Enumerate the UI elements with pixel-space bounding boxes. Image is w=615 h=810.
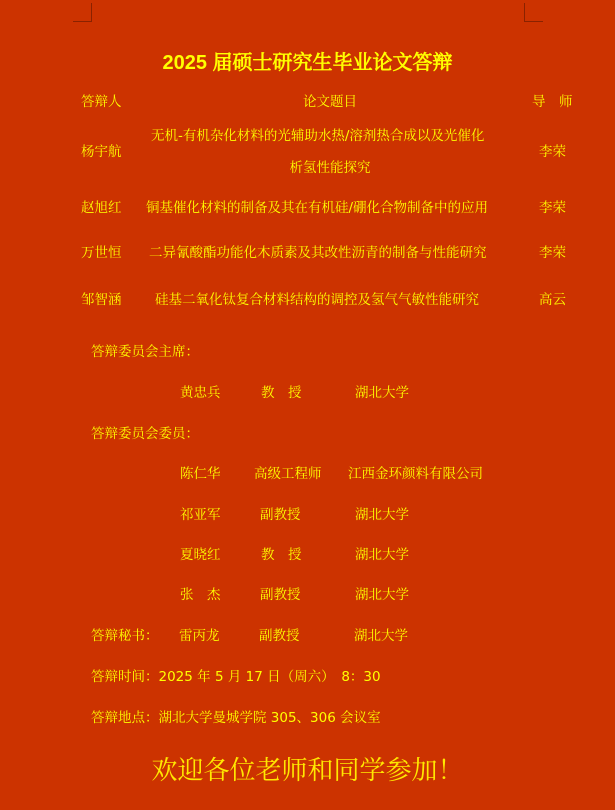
member-title: 副教授 bbox=[260, 587, 301, 603]
member-org: 湖北大学 bbox=[354, 628, 408, 644]
member-org: 湖北大学 bbox=[355, 587, 409, 603]
time-label: 答辩时间： bbox=[91, 669, 159, 685]
student-name: 邹智涵 bbox=[81, 292, 122, 308]
advisor-name: 李荣 bbox=[539, 200, 566, 216]
place-value: 湖北大学曼城学院 305、306 会议室 bbox=[159, 710, 381, 726]
page-title: 2025 届硕士研究生毕业论文答辩 bbox=[0, 46, 615, 75]
member-title: 高级工程师 bbox=[254, 466, 322, 482]
member-name: 张 杰 bbox=[180, 587, 221, 603]
member-org: 湖北大学 bbox=[355, 385, 409, 401]
thesis-title: 硅基二氧化钛复合材料结构的调控及氢气气敏性能研究 bbox=[155, 292, 479, 308]
header-advisor: 导 师 bbox=[532, 94, 573, 110]
member-title: 副教授 bbox=[259, 628, 300, 644]
member-title: 教 授 bbox=[261, 385, 302, 401]
student-name: 赵旭红 bbox=[81, 200, 122, 216]
page-corner-mark-left bbox=[73, 3, 92, 22]
member-title: 副教授 bbox=[260, 507, 301, 523]
header-thesis: 论文题目 bbox=[303, 94, 357, 110]
member-name: 夏晓红 bbox=[180, 547, 221, 563]
member-org: 湖北大学 bbox=[355, 507, 409, 523]
advisor-name: 高云 bbox=[539, 292, 566, 308]
member-name: 雷丙龙 bbox=[179, 628, 220, 644]
thesis-title: 铜基催化材料的制备及其在有机硅/硼化合物制备中的应用 bbox=[146, 200, 488, 216]
member-org: 江西金环颜料有限公司 bbox=[348, 466, 483, 482]
place-label: 答辩地点： bbox=[91, 710, 159, 726]
member-org: 湖北大学 bbox=[355, 547, 409, 563]
member-name: 黄忠兵 bbox=[180, 385, 221, 401]
defense-place: 答辩地点：湖北大学曼城学院 305、306 会议室 bbox=[91, 710, 381, 726]
page-corner-mark-right bbox=[524, 3, 543, 22]
time-value: 2025 年 5 月 17 日（周六） 8：30 bbox=[159, 669, 381, 685]
member-name: 陈仁华 bbox=[180, 466, 221, 482]
welcome-message: 欢迎各位老师和同学参加！ bbox=[0, 750, 615, 787]
defense-time: 答辩时间：2025 年 5 月 17 日（周六） 8：30 bbox=[91, 669, 381, 685]
student-name: 杨宇航 bbox=[81, 144, 122, 160]
header-student: 答辩人 bbox=[81, 94, 122, 110]
thesis-title-cont: 析氢性能探究 bbox=[275, 160, 385, 176]
member-title: 教 授 bbox=[261, 547, 302, 563]
member-name: 祁亚军 bbox=[180, 507, 221, 523]
thesis-title: 二异氰酸酯功能化木质素及其改性沥青的制备与性能研究 bbox=[149, 245, 487, 261]
student-name: 万世恒 bbox=[81, 245, 122, 261]
committee-members-label: 答辩委员会委员： bbox=[91, 426, 199, 442]
thesis-title: 无机-有机杂化材料的光辅助水热/溶剂热合成以及光催化 bbox=[151, 128, 484, 144]
advisor-name: 李荣 bbox=[539, 245, 566, 261]
secretary-label: 答辩秘书： bbox=[91, 628, 159, 644]
committee-chair-label: 答辩委员会主席： bbox=[91, 344, 199, 360]
advisor-name: 李荣 bbox=[539, 144, 566, 160]
